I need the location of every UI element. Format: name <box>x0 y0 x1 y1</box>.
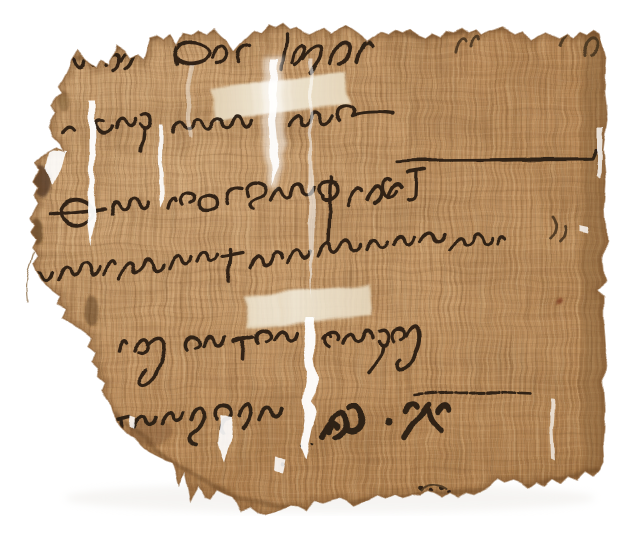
photo-canvas <box>0 0 640 535</box>
papyrus-fragment-photo <box>0 0 640 535</box>
ink-dot <box>384 417 392 425</box>
